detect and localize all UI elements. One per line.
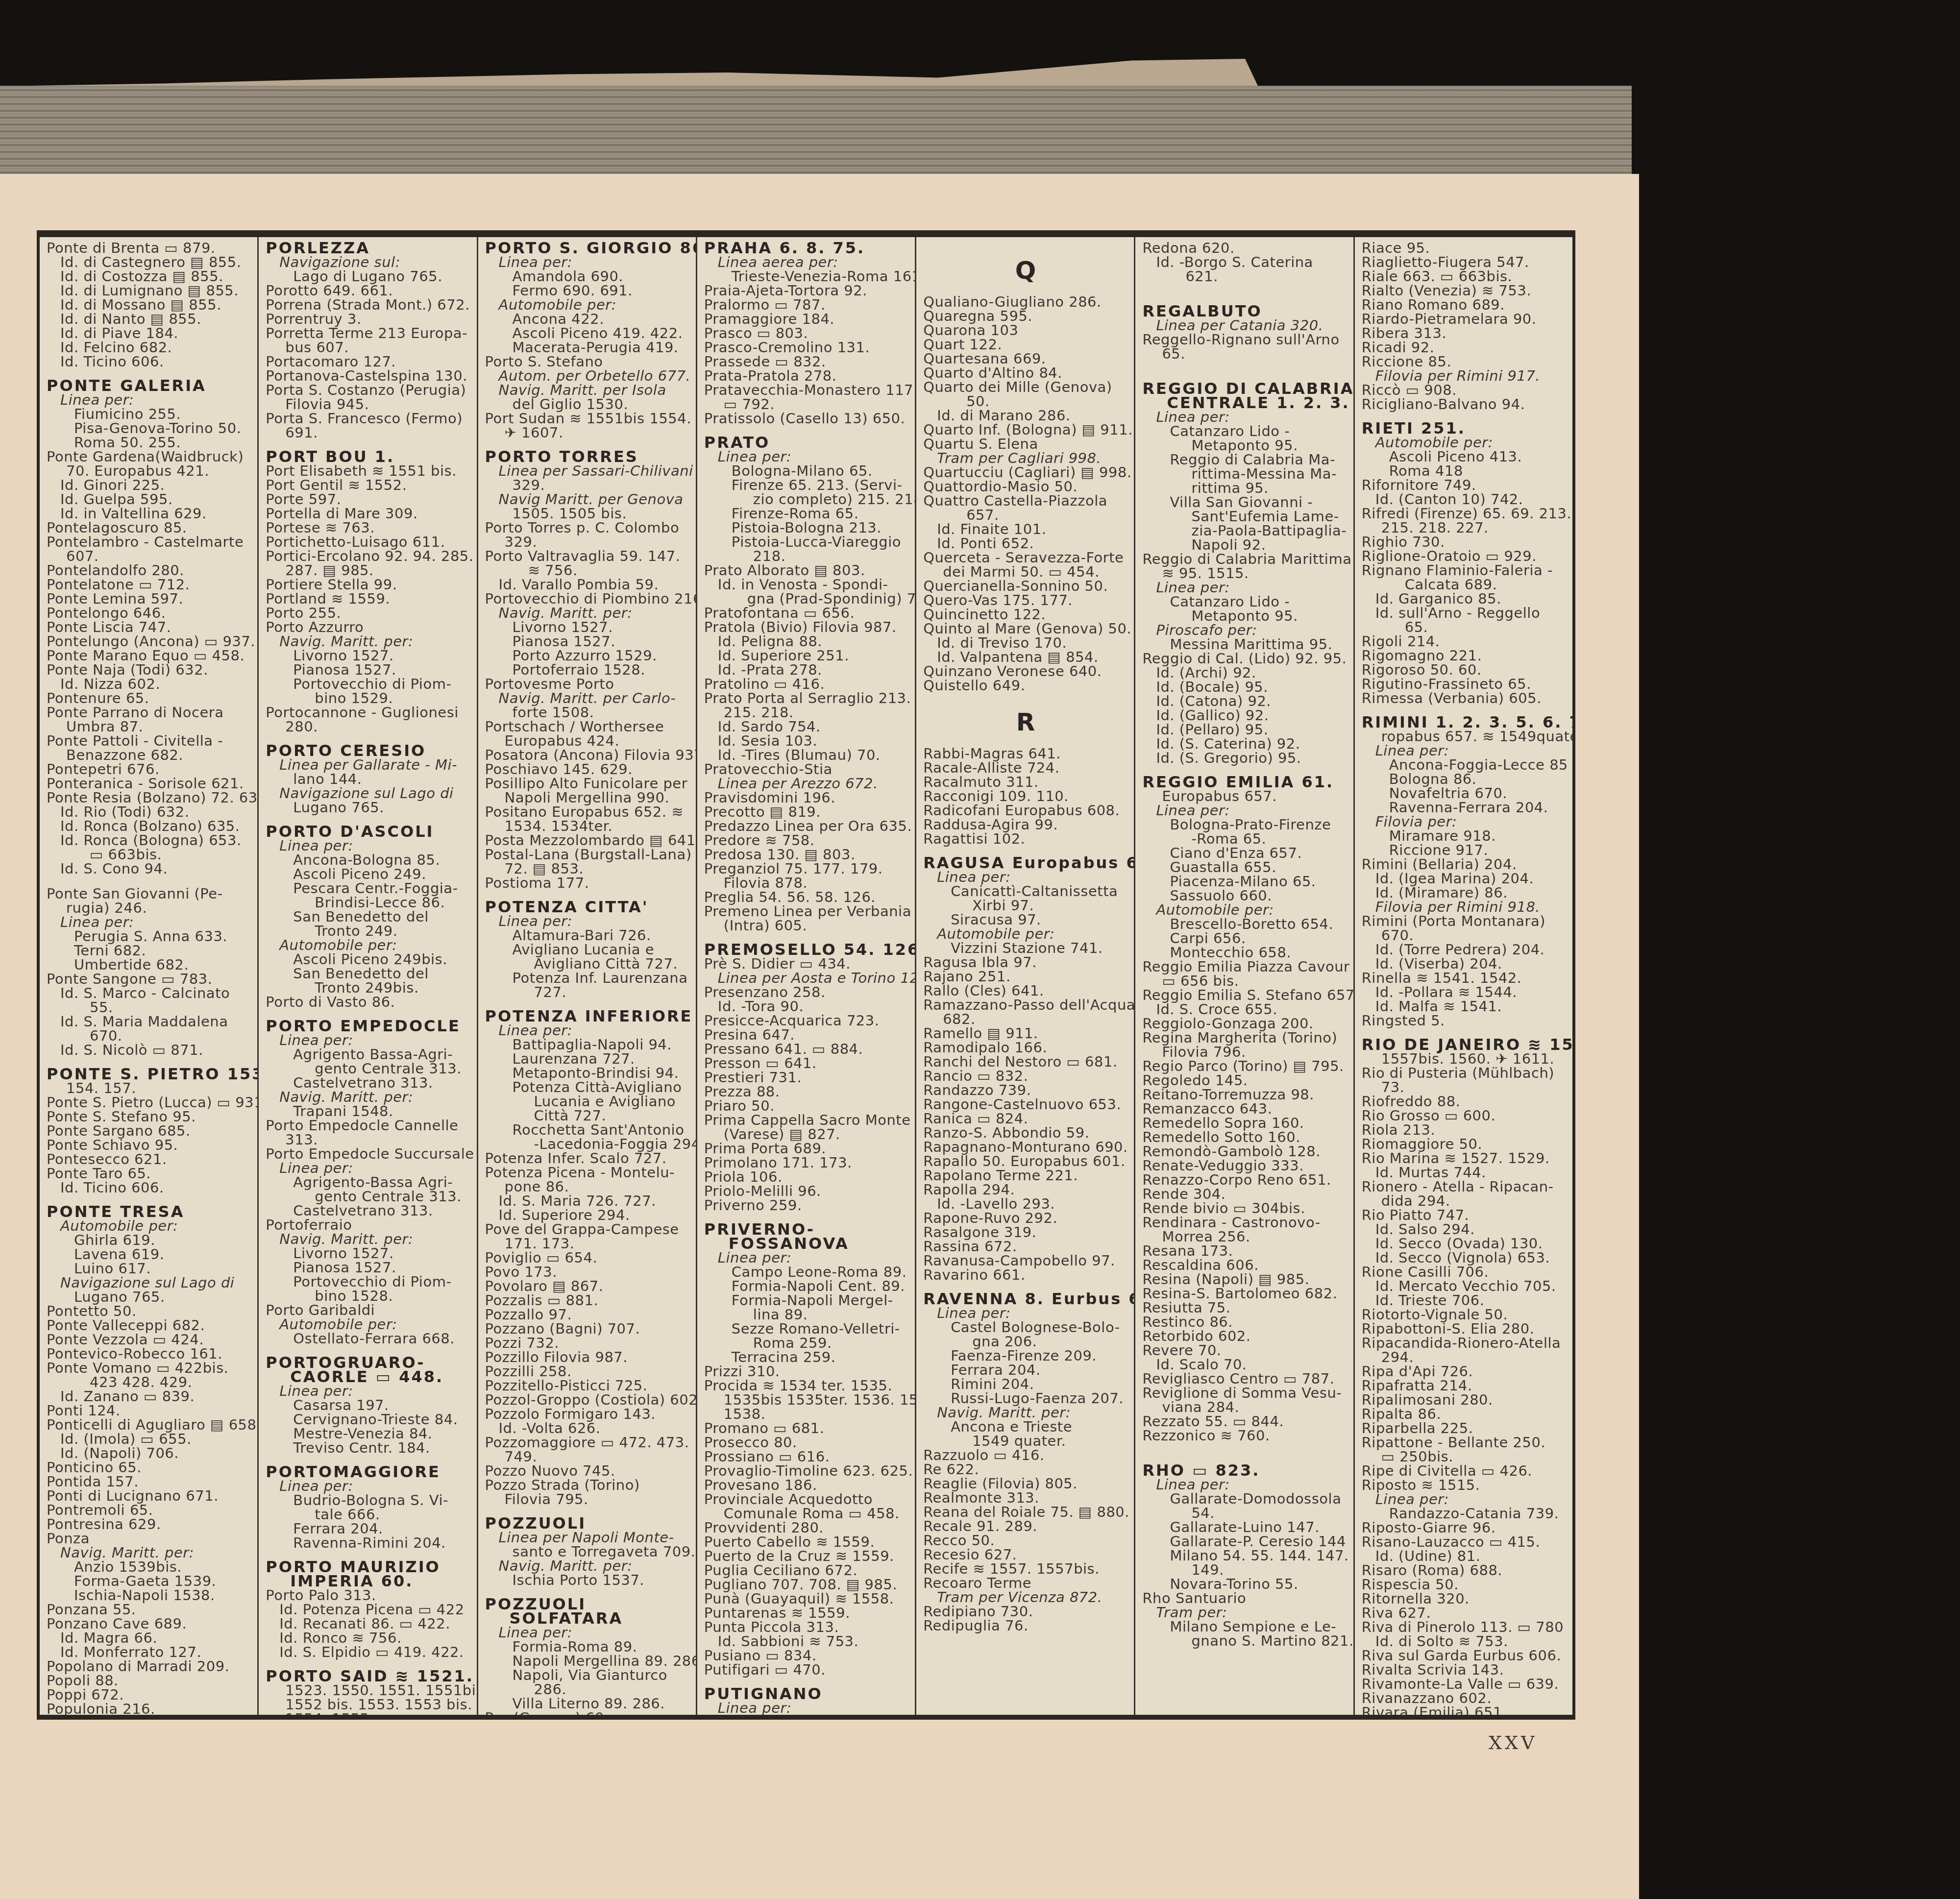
- id-subentry: Id. Zanano ▭ 839.: [47, 1389, 251, 1404]
- destination-continuation: gnano S. Martino 821.: [1142, 1634, 1347, 1648]
- destination-line: Formia-Napoli Cent. 89.: [704, 1279, 909, 1293]
- index-entry: Prosecco 80.: [704, 1436, 909, 1450]
- station-heading: POTENZA INFERIORE: [485, 1009, 690, 1023]
- index-entry: Porto Empedocle Cannelle: [266, 1119, 470, 1133]
- station-heading: RHO ▭ 823.: [1142, 1463, 1347, 1478]
- index-entry: Posillipo Alto Funicolare per: [485, 777, 690, 791]
- index-entry: Riano Romano 689.: [1362, 298, 1567, 312]
- id-subentry: Id. Superiore 294.: [485, 1208, 690, 1222]
- entry-continuation: (Intra) 605.: [704, 919, 909, 933]
- index-entry: Rigoli 214.: [1362, 634, 1567, 649]
- index-entry: Ponte Vomano ▭ 422bis.: [47, 1361, 251, 1375]
- station-heading: POTENZA CITTA': [485, 900, 690, 914]
- index-entry: Rapagnano-Monturano 690.: [923, 1140, 1128, 1154]
- station-heading: PORTO EMPEDOCLE: [266, 1019, 470, 1033]
- index-entry: Quinto al Mare (Genova) 50.: [923, 622, 1128, 636]
- index-entry: Ponte di Brenta ▭ 879.: [47, 241, 251, 255]
- index-entry: Presson ▭ 641.: [704, 1056, 909, 1071]
- index-entry: Prato Porta al Serraglio 213.: [704, 691, 909, 706]
- index-entry: Popoli 88.: [47, 1674, 251, 1688]
- destination-line: Battipaglia-Napoli 94.: [485, 1038, 690, 1052]
- destination-continuation: zia-Paola-Battipaglia-: [1142, 524, 1347, 538]
- index-entry: Pontida 157.: [47, 1475, 251, 1489]
- destination-continuation: -Roma 65.: [1142, 832, 1347, 846]
- transport-mode-label: Linea per:: [1362, 744, 1567, 758]
- destination-continuation: 286.: [485, 1682, 690, 1697]
- subentry-continuation: ▭ 663bis.: [47, 848, 251, 862]
- entry-continuation: 70. Europabus 421.: [47, 464, 251, 478]
- destination-continuation: gento Centrale 313.: [266, 1190, 470, 1204]
- entry-continuation: 749.: [485, 1450, 690, 1464]
- index-entry: Ragattisi 102.: [923, 832, 1128, 846]
- id-subentry: Id. di Lumignano ▤ 855.: [47, 284, 251, 298]
- destination-continuation: zio completo) 215. 218: [704, 492, 909, 507]
- destination-line: Lago di Lugano 765.: [266, 269, 470, 284]
- destination-line: Castelvetrano 313.: [266, 1204, 470, 1218]
- index-entry: Pontepetri 676.: [47, 762, 251, 777]
- destination-line: Roma 418: [1362, 464, 1567, 478]
- destination-line: Bologna-Milano 65.: [704, 464, 909, 478]
- destination-line: Fiumicino 255.: [47, 407, 251, 421]
- id-subentry: Id. di Treviso 170.: [923, 636, 1128, 650]
- index-entry: Riotorto-Vignale 50.: [1362, 1308, 1567, 1322]
- transport-mode-label: Tram per Vicenza 872.: [923, 1590, 1128, 1605]
- entry-continuation: dei Marmi 50. ▭ 454.: [923, 565, 1128, 579]
- transport-mode-label: Automobile per:: [1362, 436, 1567, 450]
- index-entry: Potenza Picena - Montelu-: [485, 1166, 690, 1180]
- index-entry: Reitano-Torremuzza 98.: [1142, 1088, 1347, 1102]
- destination-line: Pianosa 1527.: [266, 663, 470, 677]
- index-entry: Risano-Lauzacco ▭ 415.: [1362, 1535, 1567, 1549]
- id-subentry: Id. in Valtellina 629.: [47, 507, 251, 521]
- index-entry: Priolo-Melilli 96.: [704, 1184, 909, 1198]
- index-entry: Porto 255.: [266, 606, 470, 620]
- transport-mode-label: Navig. Maritt. per:: [485, 1559, 690, 1573]
- destination-line: Randazzo-Catania 739.: [1362, 1507, 1567, 1521]
- destination-line: Sassuolo 660.: [1142, 889, 1347, 903]
- transport-mode-label: Tram per Cagliari 998.: [923, 451, 1128, 465]
- destination-line: Miramare 918.: [1362, 829, 1567, 843]
- id-subentry: Id. Magra 66.: [47, 1631, 251, 1645]
- index-entry: Quercianella-Sonnino 50.: [923, 579, 1128, 593]
- id-subentry: Id. Varallo Pombia 59.: [485, 578, 690, 592]
- destination-continuation: Xirbi 97.: [923, 899, 1128, 913]
- station-heading: PREMOSELLO 54. 126.: [704, 943, 909, 957]
- index-entry: Ponti di Lucignano 671.: [47, 1489, 251, 1503]
- index-entry: Rallo (Cles) 641.: [923, 984, 1128, 998]
- index-entry: Ravanusa-Campobello 97.: [923, 1254, 1128, 1268]
- station-heading: PORTO CERESIO: [266, 744, 470, 758]
- destination-continuation: rittima-Messina Ma-: [1142, 467, 1347, 481]
- destination-continuation: 1549 quater.: [923, 1434, 1128, 1448]
- transport-mode-label: Linea per:: [266, 1479, 470, 1493]
- destination-line: Ancona e Trieste: [923, 1420, 1128, 1434]
- index-entry: Ponzana 55.: [47, 1603, 251, 1617]
- destination-line: Messina Marittima 95.: [1142, 637, 1347, 652]
- index-entry: Ponza: [47, 1532, 251, 1546]
- index-entry: Puglia Ceciliano 672.: [704, 1563, 909, 1578]
- destination-line: Russi-Lugo-Faenza 207.: [923, 1391, 1128, 1406]
- destination-line: lano 144.: [266, 772, 470, 786]
- index-entry: Provesano 186.: [704, 1478, 909, 1492]
- index-entry: Pozzolo Formigaro 143.: [485, 1407, 690, 1421]
- subentry-continuation: Calcata 689.: [1362, 578, 1567, 592]
- index-entry: Rassina 672.: [923, 1240, 1128, 1254]
- destination-continuation: Roma 259.: [704, 1336, 909, 1350]
- destination-line: Umbertide 682.: [47, 958, 251, 972]
- index-entry: Promano ▭ 681.: [704, 1421, 909, 1436]
- index-entry: Pratavecchia-Monastero 117.: [704, 383, 909, 397]
- destination-line: Livorno 1527.: [485, 620, 690, 634]
- destination-line: Reggio di Calabria Ma-: [1142, 453, 1347, 467]
- index-entry: Portanova-Castelspina 130.: [266, 369, 470, 383]
- destination-line: Mestre-Venezia 84.: [266, 1427, 470, 1441]
- index-entry: Pozzitello-Pisticci 725.: [485, 1379, 690, 1393]
- entry-continuation: 607.: [47, 549, 251, 563]
- index-entry: Pratissolo (Casello 13) 650.: [704, 412, 909, 426]
- index-entry: Rendinara - Castronovo-: [1142, 1216, 1347, 1230]
- index-entry: Portici-Ercolano 92. 94. 285.: [266, 549, 470, 563]
- subentry-continuation: 65.: [1362, 620, 1567, 634]
- destination-line: Ischia-Napoli 1538.: [47, 1588, 251, 1603]
- entry-continuation: bus 607.: [266, 341, 470, 355]
- index-entry: Pontenure 65.: [47, 691, 251, 706]
- id-subentry: Id. in Venosta - Spondi-: [704, 578, 909, 592]
- id-subentry: Id. (S. Caterina) 92.: [1142, 737, 1347, 751]
- index-entry: Pravisdomini 196.: [704, 791, 909, 805]
- id-subentry: Id. Ponti 652.: [923, 536, 1128, 551]
- index-entry: Presina 647.: [704, 1028, 909, 1042]
- index-entry: Rio Marina ≋ 1527. 1529.: [1362, 1151, 1567, 1166]
- index-column-2: PORLEZZANavigazione sul:Lago di Lugano 7…: [259, 237, 478, 1715]
- id-subentry: Id. Potenza Picena ▭ 422: [266, 1603, 470, 1617]
- index-entry: Rangone-Castelnuovo 653.: [923, 1097, 1128, 1112]
- station-heading: RIMINI 1. 2. 3. 5. 6. 7. 8. Eu-: [1362, 715, 1567, 730]
- destination-continuation: tale 666.: [266, 1508, 470, 1522]
- transport-mode-label: Automobile per:: [266, 1317, 470, 1332]
- index-entry: Riglione-Oratoio ▭ 929.: [1362, 549, 1567, 563]
- index-entry: Rapallo 50. Europabus 601.: [923, 1154, 1128, 1169]
- index-entry: Rancio ▭ 832.: [923, 1069, 1128, 1083]
- index-entry: Rio di Pusteria (Mühlbach): [1362, 1066, 1567, 1080]
- destination-line: Perugia S. Anna 633.: [47, 929, 251, 944]
- transport-mode-label: Linea per:: [266, 1384, 470, 1398]
- index-entry: Provaglio-Timoline 623. 625.: [704, 1464, 909, 1478]
- id-subentry: Id. S. Elpidio ▭ 419. 422.: [266, 1645, 470, 1659]
- entry-continuation: Europabus 657.: [1142, 789, 1347, 803]
- index-entry: Primolano 171. 173.: [704, 1156, 909, 1170]
- index-entry: Precotto ▤ 819.: [704, 805, 909, 819]
- destination-line: Lugano 765.: [47, 1290, 251, 1304]
- index-column-1: Ponte di Brenta ▭ 879.Id. di Castegnero …: [40, 237, 259, 1715]
- destination-line: Piacenza-Milano 65.: [1142, 875, 1347, 889]
- transport-mode-label: Filovia per Rimini 917.: [1362, 369, 1567, 383]
- index-entry: Rapolano Terme 221.: [923, 1169, 1128, 1183]
- index-entry: Ranica ▭ 824.: [923, 1112, 1128, 1126]
- destination-line: Forma-Gaeta 1539.: [47, 1574, 251, 1588]
- station-heading: PORTOMAGGIORE: [266, 1465, 470, 1479]
- destination-continuation: rittima 95.: [1142, 481, 1347, 495]
- subentry-continuation: 423 428. 429.: [47, 1375, 251, 1389]
- index-entry: Riola 213.: [1362, 1123, 1567, 1137]
- subentry-continuation: 50.: [923, 394, 1128, 409]
- index-entry: Ponte Naja (Todi) 632.: [47, 663, 251, 677]
- index-columns: Ponte di Brenta ▭ 879.Id. di Castegnero …: [40, 237, 1572, 1715]
- index-entry: Rio Piatto 747.: [1362, 1208, 1567, 1222]
- id-subentry: Id. Ticino 606.: [47, 355, 251, 369]
- destination-line: Pescara Centr.-Foggia-: [266, 881, 470, 896]
- book-page-stack: [0, 86, 1632, 174]
- id-subentry: Id. Superiore 251.: [704, 649, 909, 663]
- destination-line: Ascoli Piceno 249.: [266, 867, 470, 881]
- index-entry: Pontelongo 646.: [47, 606, 251, 620]
- index-entry: Pratofontana ▭ 656.: [704, 606, 909, 620]
- id-subentry: Id. (Igea Marina) 204.: [1362, 872, 1567, 886]
- index-entry: Portella di Mare 309.: [266, 507, 470, 521]
- entry-continuation: 280.: [266, 720, 470, 734]
- destination-line: Ostellato-Ferrara 668.: [266, 1332, 470, 1346]
- index-entry: Recale 91. 289.: [923, 1519, 1128, 1534]
- index-entry: Rivara (Emilia) 651.: [1362, 1705, 1567, 1715]
- destination-line: Lavena 619.: [47, 1247, 251, 1262]
- index-entry: Priverno 259.: [704, 1198, 909, 1213]
- entry-continuation: rugia) 246.: [47, 901, 251, 915]
- index-entry: Resina (Napoli) ▤ 985.: [1142, 1272, 1347, 1287]
- index-entry: Ponte Liscia 747.: [47, 620, 251, 634]
- entry-continuation: 1557bis. 1560. ✈ 1611.: [1362, 1052, 1567, 1066]
- destination-line: Potenza Inf. Laurenzana: [485, 971, 690, 985]
- index-entry: Portocannone - Guglionesi: [266, 706, 470, 720]
- index-entry: Resiutta 75.: [1142, 1301, 1347, 1315]
- index-entry: Predazzo Linea per Ora 635.: [704, 819, 909, 833]
- entry-continuation: 1535bis 1535ter. 1536. 1537: [704, 1393, 909, 1407]
- transport-mode-label: Linea per:: [47, 915, 251, 929]
- index-entry: Rimini (Bellaria) 204.: [1362, 857, 1567, 872]
- index-entry: Pozzallo 97.: [485, 1308, 690, 1322]
- index-entry: Rimini (Porta Montanara): [1362, 914, 1567, 928]
- index-entry: Remondò-Gambolò 128.: [1142, 1144, 1347, 1159]
- index-entry: Prossiano ▭ 616.: [704, 1450, 909, 1464]
- index-entry: Pontetto 50.: [47, 1304, 251, 1318]
- index-entry: Pontelungo (Ancona) ▭ 937.: [47, 634, 251, 649]
- destination-line: Pianosa 1527.: [266, 1261, 470, 1275]
- index-entry: Ponte Sangone ▭ 783.: [47, 972, 251, 986]
- destination-line: Rocchetta Sant'Antonio: [485, 1123, 690, 1137]
- index-entry: Ribera 313.: [1362, 326, 1567, 341]
- entry-continuation: Filovia 878.: [704, 876, 909, 890]
- transport-mode-label: Navig. Maritt. per:: [266, 1232, 470, 1246]
- destination-line: Ferrara 204.: [923, 1363, 1128, 1377]
- index-entry: Ragusa Ibla 97.: [923, 955, 1128, 970]
- index-entry: Rifornitore 749.: [1362, 478, 1567, 492]
- entry-continuation: Filovia 796.: [1142, 1045, 1347, 1059]
- index-entry: Presicce-Acquarica 723.: [704, 1014, 909, 1028]
- transport-mode-label: Automobile per:: [485, 298, 690, 312]
- destination-line: Firenze-Roma 65.: [704, 507, 909, 521]
- index-entry: Portichetto-Luisago 611.: [266, 535, 470, 549]
- entry-continuation: 171. 173.: [485, 1237, 690, 1251]
- station-heading: REGALBUTO: [1142, 304, 1347, 318]
- transport-mode-label: Linea per:: [923, 870, 1128, 884]
- index-entry: Porto S. Stefano: [485, 355, 690, 369]
- index-entry: Ritornella 320.: [1362, 1592, 1567, 1606]
- destination-line: Gallarate-Domodossola: [1142, 1492, 1347, 1506]
- index-entry: Redipiano 730.: [923, 1605, 1128, 1619]
- destination-line: Pistoia-Bologna 213.: [704, 521, 909, 535]
- index-entry: Ramodipalo 166.: [923, 1041, 1128, 1055]
- destination-continuation: 218.: [704, 549, 909, 563]
- index-entry: Provvidenti 280.: [704, 1521, 909, 1535]
- index-entry: Quero-Vas 175. 177.: [923, 593, 1128, 608]
- transport-mode-label: Navig. Maritt. per:: [47, 1546, 251, 1560]
- index-entry: Ponte Taro 65.: [47, 1167, 251, 1181]
- id-subentry: Id. (Miramare) 86.: [1362, 886, 1567, 900]
- entry-continuation: dida 294.: [1362, 1194, 1567, 1208]
- index-entry: Prasco-Cremolino 131.: [704, 341, 909, 355]
- index-entry: Riposto-Giarre 96.: [1362, 1521, 1567, 1535]
- index-entry: Riardo-Pietramelara 90.: [1362, 312, 1567, 326]
- index-column-6: Redona 620.Id. -Borgo S. Caterina621.REG…: [1135, 237, 1354, 1715]
- id-subentry: Id. Felcino 682.: [47, 341, 251, 355]
- index-entry: Priaro 50.: [704, 1099, 909, 1113]
- index-entry: Predosa 130. ▤ 803.: [704, 848, 909, 862]
- transport-mode-label: Linea per:: [485, 914, 690, 928]
- destination-line: Agrigento Bassa-Agri-: [266, 1047, 470, 1062]
- destination-line: Novara-Torino 55.: [1142, 1577, 1347, 1591]
- index-entry: Pratovecchio-Stia: [704, 762, 909, 777]
- id-subentry: Id. S. Croce 655.: [1142, 1002, 1347, 1017]
- index-entry: Riomaggiore 50.: [1362, 1137, 1567, 1151]
- id-subentry: Id. S. Nicolò ▭ 871.: [47, 1043, 251, 1057]
- index-entry: Popolano di Marradi 209.: [47, 1659, 251, 1674]
- index-entry: Portland ≋ 1559.: [266, 592, 470, 606]
- entry-continuation: 287. ▤ 985.: [266, 563, 470, 578]
- index-entry: Rispescia 50.: [1362, 1578, 1567, 1592]
- index-entry: Ponte Resia (Bolzano) 72. 635: [47, 791, 251, 805]
- entry-continuation: ▭ 250bis.: [1362, 1450, 1567, 1464]
- transport-mode-label: Linea per:: [923, 1306, 1128, 1320]
- index-entry: Postioma 177.: [485, 876, 690, 890]
- index-column-5: QQualiano-Giugliano 286.Quaregna 595.Qua…: [916, 237, 1135, 1715]
- destination-line: forte 1508.: [485, 706, 690, 720]
- transport-mode-label: Navigazione sul Lago di: [266, 786, 470, 801]
- index-entry: Regina Margherita (Torino): [1142, 1031, 1347, 1045]
- transport-mode-label: Linea per Arezzo 672.: [704, 777, 909, 791]
- transport-mode-label: Linea per Sassari-Chilivani: [485, 464, 690, 478]
- entry-continuation: 691.: [266, 426, 470, 440]
- entry-continuation: pone 86.: [485, 1180, 690, 1194]
- transport-mode-label: Automobile per:: [47, 1219, 251, 1233]
- id-subentry: Id. di Mossano ▤ 855.: [47, 298, 251, 312]
- index-entry: Ripa d'Api 726.: [1362, 1364, 1567, 1379]
- entry-continuation: Morrea 256.: [1142, 1230, 1347, 1244]
- index-entry: Ponte Vezzola ▭ 424.: [47, 1333, 251, 1347]
- index-entry: Prasco ▭ 803.: [704, 326, 909, 341]
- destination-continuation: 54.: [1142, 1506, 1347, 1520]
- transport-mode-label: Automobile per:: [923, 927, 1128, 941]
- id-subentry: Id. Trieste 706.: [1362, 1293, 1567, 1308]
- subentry-continuation: 657.: [923, 508, 1128, 522]
- destination-line: Lugano 765.: [266, 801, 470, 815]
- entry-continuation: 73.: [1362, 1080, 1567, 1095]
- index-entry: Ripacandida-Rionero-Atella: [1362, 1336, 1567, 1350]
- entry-continuation: 329.: [485, 535, 690, 549]
- transport-mode-label: Autom. per Orbetello 677.: [485, 369, 690, 383]
- destination-line: Firenze 65. 213. (Servi-: [704, 478, 909, 492]
- destination-line: Ravenna-Ferrara 204.: [1362, 801, 1567, 815]
- transport-mode-label: Navig. Maritt. per Isola: [485, 383, 690, 397]
- transport-mode-label: Linea per:: [1142, 1478, 1347, 1492]
- index-entry: Pugliano 707. 708. ▤ 985.: [704, 1578, 909, 1592]
- spacer: [1142, 1443, 1347, 1454]
- index-entry: Puntarenas ≋ 1559.: [704, 1606, 909, 1620]
- id-subentry: Id. Rio (Todi) 632.: [47, 805, 251, 819]
- index-entry: Rifredi (Firenze) 65. 69. 213.: [1362, 507, 1567, 521]
- index-entry: Ponte San Giovanni (Pe-: [47, 887, 251, 901]
- id-subentry: Id. (Archi) 92.: [1142, 666, 1347, 680]
- station-heading: PONTE S. PIETRO 153: [47, 1067, 251, 1081]
- index-entry: Rionero - Atella - Ripacan-: [1362, 1180, 1567, 1194]
- index-entry: Rezzato 55. ▭ 844.: [1142, 1414, 1347, 1429]
- destination-line: Roma 50. 255.: [47, 436, 251, 450]
- destination-line: Napoli, Via Gianturco: [485, 1668, 690, 1682]
- destination-line: Castelvetrano 313.: [266, 1076, 470, 1090]
- index-entry: Portovesme Porto: [485, 677, 690, 691]
- index-entry: Pressano 641. ▭ 884.: [704, 1042, 909, 1056]
- index-entry: Rialto (Venezia) ≋ 753.: [1362, 284, 1567, 298]
- station-heading: PONTE GALERIA: [47, 379, 251, 393]
- destination-continuation: Napoli 92.: [1142, 538, 1347, 552]
- id-subentry: Id. di Castegnero ▤ 855.: [47, 255, 251, 269]
- id-subentry: Id. di Solto ≋ 753.: [1362, 1634, 1567, 1649]
- destination-line: Potenza Città-Avigliano: [485, 1080, 690, 1095]
- index-entry: Risaro (Roma) 688.: [1362, 1563, 1567, 1578]
- destination-continuation: gna 206.: [923, 1335, 1128, 1349]
- id-subentry: Id. Ginori 225.: [47, 478, 251, 492]
- index-entry: Ponticelli di Agugliaro ▤ 658: [47, 1418, 251, 1432]
- heading-continuation: FOSSANOVA: [704, 1237, 909, 1251]
- id-subentry: Id. S. Maria Maddalena: [47, 1015, 251, 1029]
- destination-line: Casarsa 197.: [266, 1398, 470, 1412]
- destination-line: Trapani 1548.: [266, 1104, 470, 1119]
- transport-mode-label: Automobile per:: [1142, 903, 1347, 917]
- index-entry: Rho Santuario: [1142, 1591, 1347, 1606]
- destination-line: Ravenna-Rimini 204.: [266, 1536, 470, 1550]
- index-entry: Procida ≋ 1534 ter. 1535.: [704, 1379, 909, 1393]
- index-entry: Rinella ≋ 1541. 1542.: [1362, 971, 1567, 985]
- index-entry: Portiere Stella 99.: [266, 578, 470, 592]
- index-entry: Porto Azzurro: [266, 620, 470, 634]
- index-entry: Prestieri 731.: [704, 1071, 909, 1085]
- index-entry: Randazzo 739.: [923, 1083, 1128, 1097]
- index-entry: Ravarino 661.: [923, 1268, 1128, 1282]
- section-letter: Q: [923, 256, 1128, 285]
- index-entry: Porto Torres p. C. Colombo: [485, 521, 690, 535]
- index-entry: Reggio di Calabria Marittima: [1142, 552, 1347, 566]
- index-entry: Ramello ▤ 911.: [923, 1026, 1128, 1041]
- index-entry: Predore ≋ 758.: [704, 833, 909, 848]
- index-entry: Portoferraio: [266, 1218, 470, 1232]
- destination-continuation: Metaponto 95.: [1142, 438, 1347, 453]
- transport-mode-label: Linea per:: [266, 839, 470, 853]
- index-entry: Righio 730.: [1362, 535, 1567, 549]
- entry-continuation: ▭ 656 bis.: [1142, 974, 1347, 988]
- index-entry: Restinco 86.: [1142, 1315, 1347, 1329]
- id-subentry: Id. (Gallico) 92.: [1142, 708, 1347, 723]
- index-entry: Postal-Lana (Burgstall-Lana): [485, 848, 690, 862]
- index-entry: Quattordio-Masio 50.: [923, 480, 1128, 494]
- destination-line: Ciano d'Enza 657.: [1142, 846, 1347, 860]
